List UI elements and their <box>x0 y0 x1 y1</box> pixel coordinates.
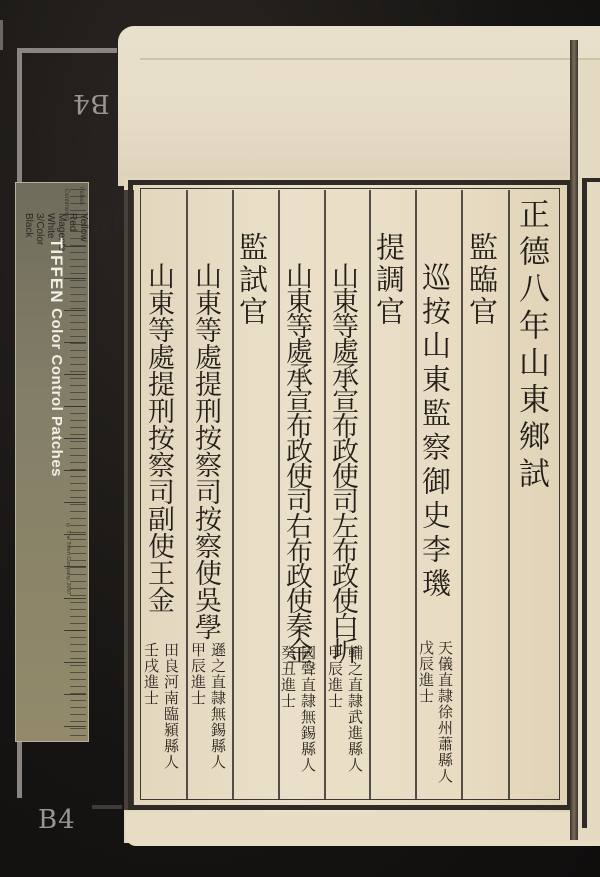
patch-label: Blue <box>111 213 122 252</box>
page-bottom-margin <box>126 812 600 846</box>
column-rule <box>461 190 463 800</box>
column-rule <box>415 190 417 800</box>
board-label-top: B4 <box>72 88 110 118</box>
patch-label: Cyan <box>100 213 111 252</box>
brand-name: TIFFEN <box>47 238 66 304</box>
note-li-ji-degree: 戊辰進士 <box>418 640 433 704</box>
heading-jianlin: 監臨官 <box>467 232 496 328</box>
note-wu-xue-origin: 遜之直隷無錫縣人 <box>210 642 225 770</box>
document-title: 正德八年山東鄉試 <box>515 198 546 494</box>
patch-label: Black <box>23 213 34 252</box>
patch-label: 3/Color <box>34 213 45 252</box>
column-rule <box>369 190 371 800</box>
note-wu-xue-degree: 甲辰進士 <box>190 642 205 706</box>
book-spine <box>570 40 578 840</box>
book-upper-pages <box>118 26 600 186</box>
copyright: © The Tiffen Company, 2007 <box>65 523 71 595</box>
board-label-bottom: B4 <box>38 805 76 835</box>
patch-label: Red <box>67 213 78 252</box>
official-wang-jin: 山東等處提刑按察司副使王金 <box>145 262 172 613</box>
patch-label: Green <box>89 213 100 252</box>
page-fold-line <box>140 58 600 60</box>
heading-jianshi: 監試官 <box>237 232 266 328</box>
official-qin-jin: 山東等處承宣布政使司右布政使秦金 <box>283 262 310 662</box>
note-wang-jin-origin: 田良河南臨潁縣人 <box>163 642 178 770</box>
heading-tiaodiao: 提調官 <box>374 232 403 328</box>
note-qin-jin-degree: 癸丑進士 <box>280 645 295 709</box>
column-rule <box>508 190 510 800</box>
color-control-strip: Centimeters Inches Blue Cyan Green Yello… <box>15 182 89 742</box>
column-rule <box>186 190 188 800</box>
patch-label: Yellow <box>78 213 89 252</box>
official-wu-xue: 山東等處提刑按察司按察使吳學 <box>192 262 219 640</box>
corner-mark <box>0 20 11 50</box>
note-li-ji-origin: 天儀直隷徐州蕭縣人 <box>437 640 452 784</box>
note-bai-qi-degree: 甲辰進士 <box>327 645 342 709</box>
official-li-ji: 巡按山東監察御史李璣 <box>420 262 449 602</box>
note-qin-jin-origin: 國聲直隷無錫縣人 <box>300 645 315 773</box>
strip-title: Color Control Patches <box>48 308 65 477</box>
official-bai-qi: 山東等處承宣布政使司左布政使白圻 <box>329 262 356 662</box>
ruler-unit-in: Inches <box>78 187 84 205</box>
brand-logo: TIFFEN Color Control Patches <box>46 238 66 477</box>
board-frame-edge <box>92 805 122 809</box>
note-bai-qi-origin: 輔之直隷武進縣人 <box>347 645 362 773</box>
column-rule <box>232 190 234 800</box>
facing-page-frame <box>582 178 600 828</box>
color-patch-labels: Blue Cyan Green Yellow Red Magenta White… <box>23 213 122 274</box>
note-wang-jin-degree: 壬戌進士 <box>143 642 158 706</box>
